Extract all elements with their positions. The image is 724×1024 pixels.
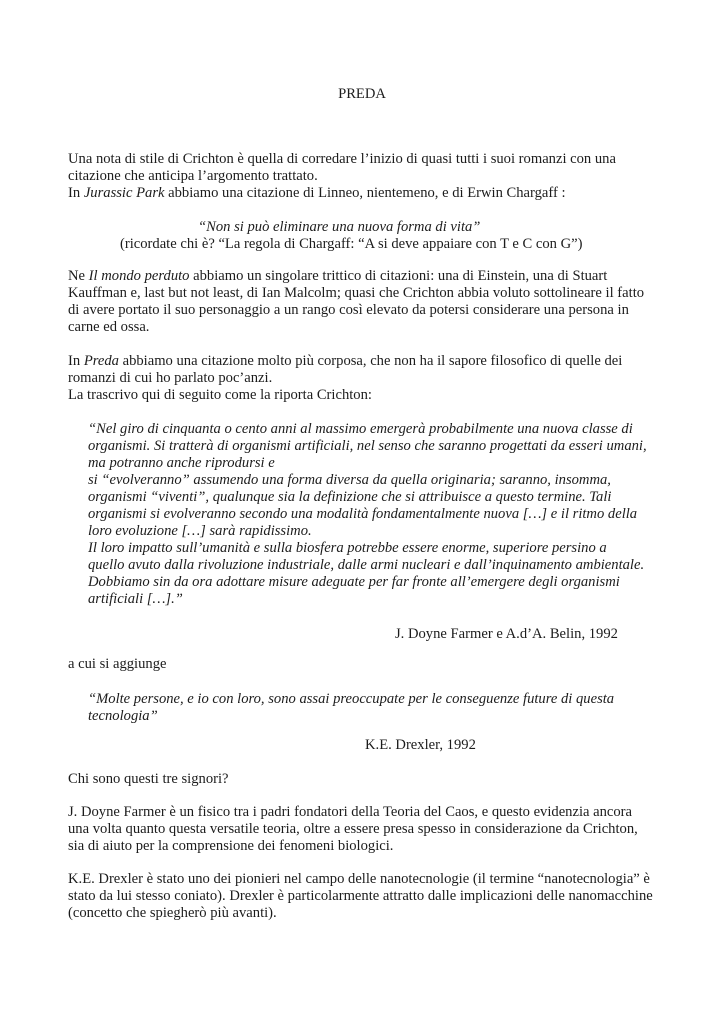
intro-text: Una nota di stile di Crichton è quella d…	[68, 151, 684, 185]
mondo-perduto-line1: Ne Il mondo perduto abbiamo un singolare…	[68, 268, 684, 285]
text-segment: In	[68, 353, 84, 369]
chargaff-note: (ricordate chi è? “La regola di Chargaff…	[120, 236, 684, 253]
page-title: PREDA	[68, 86, 684, 103]
intro-jurassic-line: In Jurassic Park abbiamo una citazione d…	[68, 185, 684, 202]
document-page: PREDA Una nota di stile di Crichton è qu…	[0, 0, 724, 1024]
chargaff-quote: “Non si può eliminare una nuova forma di…	[198, 219, 684, 236]
preda-intro-paragraph: In Preda abbiamo una citazione molto più…	[68, 353, 684, 404]
mondo-perduto-text: Kauffman e, last but not least, di Ian M…	[68, 285, 684, 336]
book-title-preda: Preda	[84, 353, 119, 369]
farmer-belin-attribution: J. Doyne Farmer e A.d’A. Belin, 1992	[395, 626, 684, 643]
preda-intro-text: romanzi di cui ho parlato poc’anzi. La t…	[68, 370, 684, 404]
intro-paragraph: Una nota di stile di Crichton è quella d…	[68, 151, 684, 202]
drexler-attribution: K.E. Drexler, 1992	[365, 737, 684, 754]
mondo-perduto-paragraph: Ne Il mondo perduto abbiamo un singolare…	[68, 268, 684, 336]
farmer-bio-paragraph: J. Doyne Farmer è un fisico tra i padri …	[68, 804, 684, 855]
chargaff-quote-block: “Non si può eliminare una nuova forma di…	[68, 219, 684, 253]
connector-line: a cui si aggiunge	[68, 656, 684, 673]
text-segment: Ne	[68, 268, 89, 284]
farmer-belin-blockquote: “Nel giro di cinquanta o cento anni al m…	[88, 421, 684, 608]
book-title-mondo-perduto: Il mondo perduto	[89, 268, 190, 284]
drexler-bio-paragraph: K.E. Drexler è stato uno dei pionieri ne…	[68, 871, 684, 922]
drexler-blockquote: “Molte persone, e io con loro, sono assa…	[88, 691, 684, 725]
text-segment: abbiamo una citazione di Linneo, nientem…	[164, 185, 565, 201]
book-title-jurassic-park: Jurassic Park	[84, 185, 165, 201]
preda-line1: In Preda abbiamo una citazione molto più…	[68, 353, 684, 370]
text-segment: In	[68, 185, 84, 201]
question-line: Chi sono questi tre signori?	[68, 771, 684, 788]
text-segment: abbiamo un singolare trittico di citazio…	[189, 268, 607, 284]
text-segment: abbiamo una citazione molto più corposa,…	[119, 353, 622, 369]
